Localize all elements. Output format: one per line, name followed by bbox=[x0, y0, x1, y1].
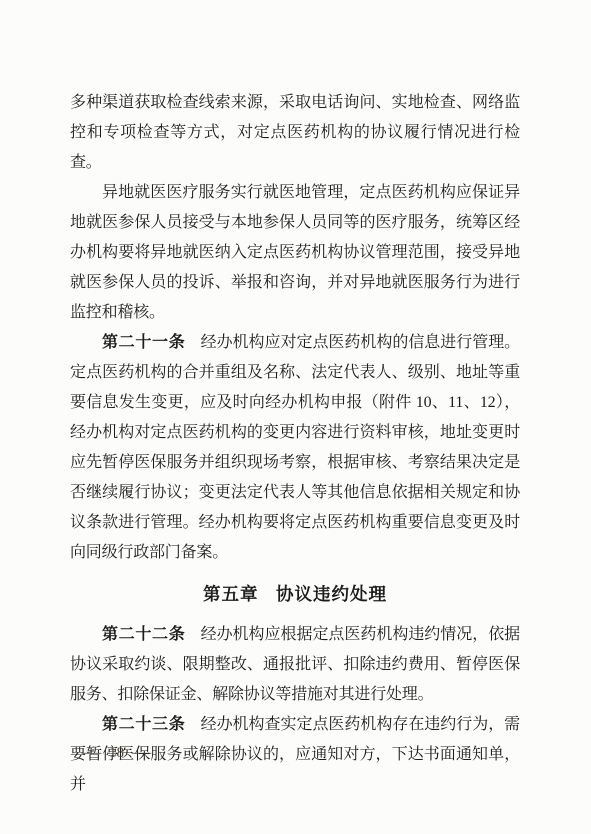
document-page: 多种渠道获取检查线索来源，采取电话询问、实地检查、网络监控和专项检查等方式，对定… bbox=[0, 0, 591, 834]
paragraph-article-22: 第二十二条经办机构应根据定点医药机构违约情况，依据协议采取约谈、限期整改、通报批… bbox=[70, 620, 520, 710]
chapter-number-label: 第五章 bbox=[203, 584, 259, 604]
article-number-label: 第二十三条 bbox=[102, 716, 185, 733]
document-content: 多种渠道获取检查线索来源，采取电话询问、实地检查、网络监控和专项检查等方式，对定… bbox=[0, 0, 591, 800]
paragraph-text: 经办机构应对定点医药机构的信息进行管理。定点医药机构的合并重组及名称、法定代表人… bbox=[70, 334, 520, 561]
article-number-label: 第二十二条 bbox=[102, 626, 185, 643]
page-number-footer: —18— bbox=[84, 745, 149, 762]
article-number-label: 第二十一条 bbox=[102, 334, 185, 351]
paragraph-continuation: 多种渠道获取检查线索来源，采取电话询问、实地检查、网络监控和专项检查等方式，对定… bbox=[70, 88, 520, 178]
page-number: 18 bbox=[109, 745, 124, 762]
paragraph-text: 异地就医医疗服务实行就医地管理，定点医药机构应保证异地就医参保人员接受与本地参保… bbox=[70, 184, 520, 321]
footer-left-dash: — bbox=[82, 745, 102, 762]
chapter-title: 协议违约处理 bbox=[276, 584, 387, 604]
paragraph: 异地就医医疗服务实行就医地管理，定点医药机构应保证异地就医参保人员接受与本地参保… bbox=[70, 178, 520, 328]
paragraph-text: 多种渠道获取检查线索来源，采取电话询问、实地检查、网络监控和专项检查等方式，对定… bbox=[70, 94, 520, 171]
footer-right-dash: — bbox=[132, 745, 152, 762]
paragraph-article-21: 第二十一条经办机构应对定点医药机构的信息进行管理。定点医药机构的合并重组及名称、… bbox=[70, 328, 520, 568]
chapter-heading: 第五章协议违约处理 bbox=[70, 578, 520, 610]
